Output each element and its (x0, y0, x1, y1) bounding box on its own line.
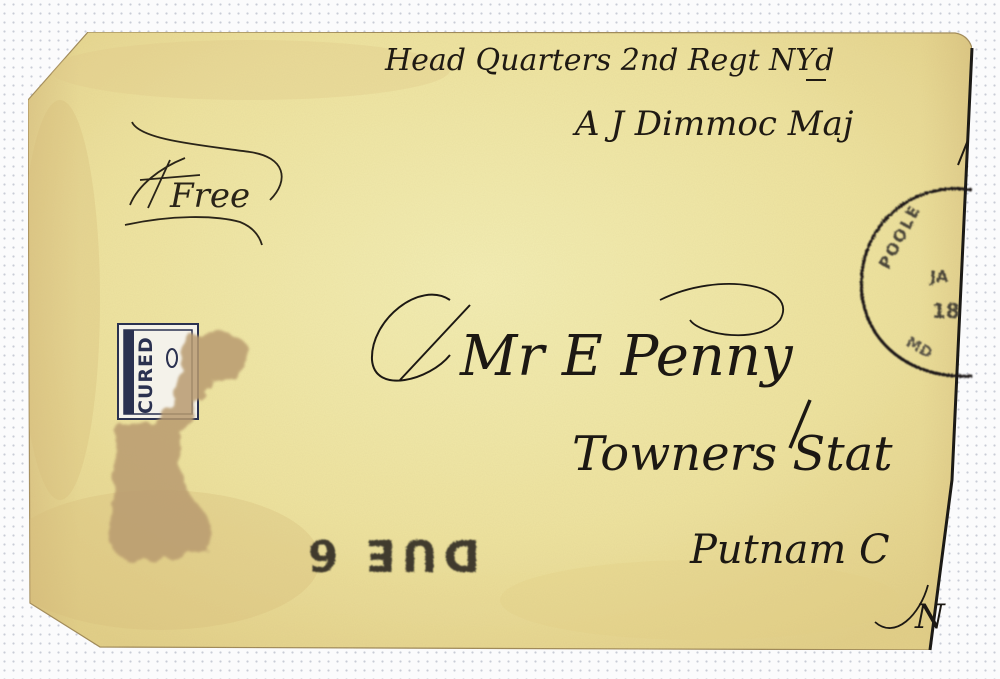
postmark-day: 18 (932, 299, 960, 323)
addressee-line2: Towners Stat (572, 426, 893, 482)
addressee-line4: N (914, 597, 946, 637)
postmark-month: JA (929, 267, 949, 286)
due-handstamp: DUE 6 (302, 529, 480, 580)
envelope-photo: CURED Head Quarters 2nd Regt NYd A J Dim… (0, 0, 1000, 679)
addressee-name: Mr E Penny (459, 324, 794, 389)
return-address-line1: Head Quarters 2nd Regt NYd (384, 43, 834, 78)
addressee-line3: Putnam C (689, 527, 890, 573)
return-address-line2: A J Dimmoc Maj (572, 104, 854, 144)
stamp-text: CURED (135, 336, 157, 414)
frank-text: Free (169, 176, 250, 216)
due-handstamp-text: DUE 6 (302, 529, 480, 580)
